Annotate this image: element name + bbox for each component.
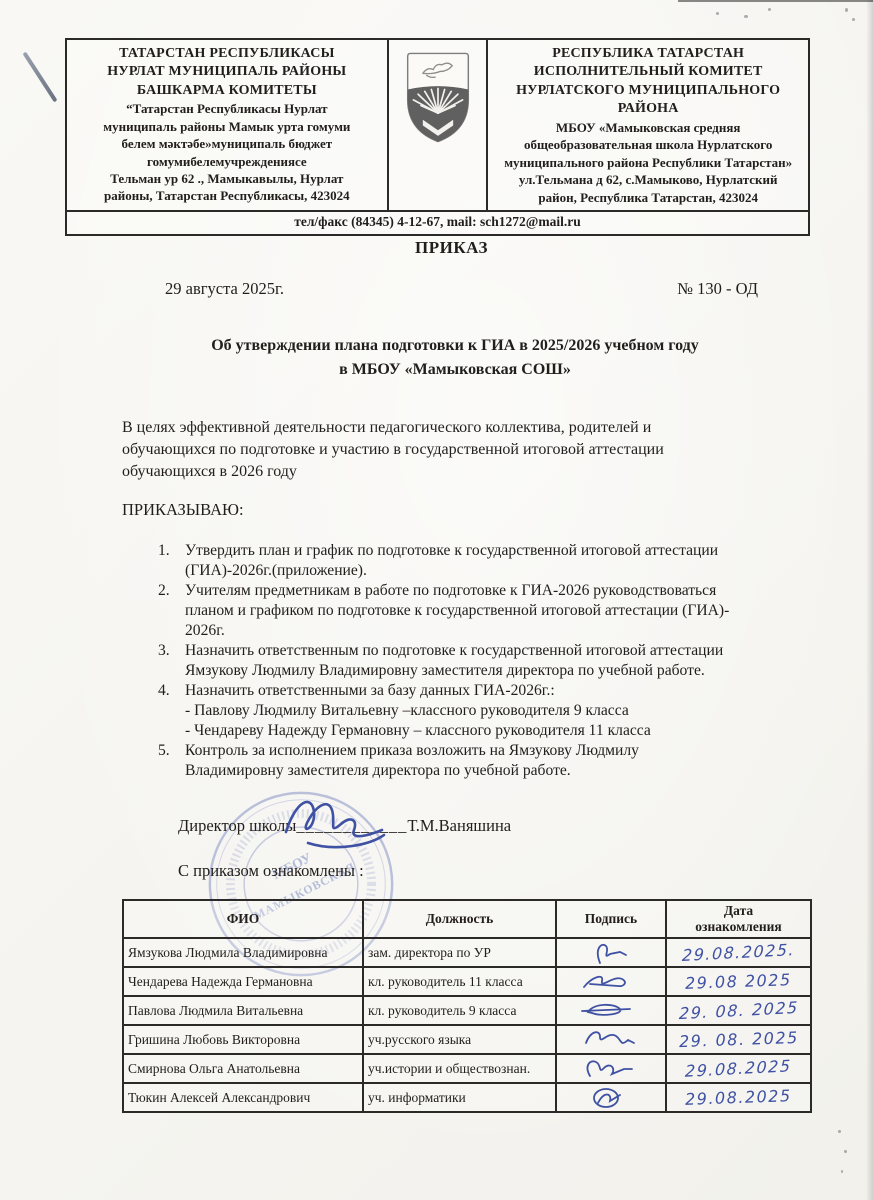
order-item-1: 1. Утвердить план и график по подготовке… bbox=[158, 541, 818, 581]
director-name: Т.М.Ваняшина bbox=[407, 816, 511, 835]
item-text: Учителям предметникам в работе по подгот… bbox=[185, 581, 818, 641]
header-date: Датаознакомления bbox=[666, 900, 811, 938]
scan-speck bbox=[844, 1150, 847, 1153]
table-row: Чендарева Надежда Германовна кл. руковод… bbox=[123, 967, 811, 996]
cell-fio: Чендарева Надежда Германовна bbox=[123, 967, 363, 996]
cell-date: 29. 08. 2025 bbox=[666, 996, 811, 1025]
acknowledged-label: С приказом ознакомлены : bbox=[178, 861, 364, 881]
cell-position: кл. руководитель 11 класса bbox=[363, 967, 556, 996]
scan-speck bbox=[841, 1170, 843, 1173]
order-item-5: 5. Контроль за исполнением приказа возло… bbox=[158, 741, 818, 781]
cell-position: зам. директора по УР bbox=[363, 938, 556, 967]
handwritten-signature bbox=[556, 1054, 666, 1083]
item-text: Назначить ответственным по подготовке к … bbox=[185, 641, 818, 681]
document-date: 29 августа 2025г. bbox=[165, 279, 284, 299]
item-number: 1. bbox=[158, 541, 185, 581]
cell-position: кл. руководитель 9 класса bbox=[363, 996, 556, 1025]
order-item-3: 3. Назначить ответственным по подготовке… bbox=[158, 641, 818, 681]
table-row: Павлова Людмила Витальевна кл. руководит… bbox=[123, 996, 811, 1025]
letterhead-russian-block: РЕСПУБЛИКА ТАТАРСТАНИСПОЛНИТЕЛЬНЫЙ КОМИТ… bbox=[488, 40, 808, 210]
document-meta: 29 августа 2025г. № 130 - ОД bbox=[165, 279, 758, 299]
org-name-russian: РЕСПУБЛИКА ТАТАРСТАНИСПОЛНИТЕЛЬНЫЙ КОМИТ… bbox=[491, 45, 805, 119]
coat-of-arms-icon bbox=[402, 49, 474, 147]
cell-date: 29.08.2025 bbox=[666, 1054, 811, 1083]
acknowledgment-table: ФИО Должность Подпись Датаознакомления Я… bbox=[122, 899, 812, 1113]
org-details-tatar: “Татарстан Республикасы Нурлатмуниципаль… bbox=[70, 100, 384, 204]
order-item-4: 4. Назначить ответственными за базу данн… bbox=[158, 681, 818, 741]
header-position: Должность bbox=[363, 900, 556, 938]
header-fio: ФИО bbox=[123, 900, 363, 938]
preamble-paragraph: В целях эффективной деятельности педагог… bbox=[122, 417, 812, 483]
scan-edge-line bbox=[678, 0, 873, 2]
page-edge-shadow bbox=[866, 0, 873, 1200]
letterhead-emblem-cell bbox=[387, 40, 489, 210]
table-header-row: ФИО Должность Подпись Датаознакомления bbox=[123, 900, 811, 938]
item-number: 3. bbox=[158, 641, 185, 681]
item-text: Утвердить план и график по подготовке к … bbox=[185, 541, 818, 581]
table-row: Гришина Любовь Викторовна уч.русского яз… bbox=[123, 1025, 811, 1054]
handwritten-signature bbox=[556, 996, 666, 1025]
handwritten-signature bbox=[556, 967, 666, 996]
decree-word: ПРИКАЗЫВАЮ: bbox=[122, 500, 244, 520]
cell-fio: Павлова Людмила Витальевна bbox=[123, 996, 363, 1025]
document-number: № 130 - ОД bbox=[677, 279, 758, 299]
item-text: Назначить ответственными за базу данных … bbox=[185, 681, 818, 741]
contact-line: тел/факс (84345) 4-12-67, mail: sch1272@… bbox=[67, 210, 808, 234]
cell-position: уч.русского языка bbox=[363, 1025, 556, 1054]
pen-scratch-mark bbox=[23, 52, 58, 103]
scan-speck bbox=[852, 18, 855, 21]
order-items-list: 1. Утвердить план и график по подготовке… bbox=[158, 541, 818, 781]
scan-speck bbox=[716, 12, 719, 15]
cell-position: уч. информатики bbox=[363, 1083, 556, 1112]
document-title: ПРИКАЗ bbox=[30, 238, 873, 258]
item-number: 5. bbox=[158, 741, 185, 781]
table-row: Смирнова Ольга Анатольевна уч.истории и … bbox=[123, 1054, 811, 1083]
cell-date: 29.08 2025 bbox=[666, 967, 811, 996]
letterhead-tatar-block: ТАТАРСТАН РЕСПУБЛИКАСЫНУРЛАТ МУНИЦИПАЛЬ … bbox=[67, 40, 387, 210]
cell-fio: Тюкин Алексей Александрович bbox=[123, 1083, 363, 1112]
director-handwritten-signature bbox=[278, 790, 403, 852]
cell-date: 29.08.2025 bbox=[666, 1083, 811, 1112]
scanned-order-document: ТАТАРСТАН РЕСПУБЛИКАСЫНУРЛАТ МУНИЦИПАЛЬ … bbox=[0, 0, 873, 1200]
cell-fio: Гришина Любовь Викторовна bbox=[123, 1025, 363, 1054]
item-number: 4. bbox=[158, 681, 185, 741]
scan-speck bbox=[744, 15, 748, 18]
table-row: Ямзукова Людмила Владимировна зам. дирек… bbox=[123, 938, 811, 967]
scan-speck bbox=[838, 1130, 841, 1133]
letterhead: ТАТАРСТАН РЕСПУБЛИКАСЫНУРЛАТ МУНИЦИПАЛЬ … bbox=[65, 38, 810, 236]
document-subject: Об утверждении плана подготовки к ГИА в … bbox=[110, 334, 800, 382]
cell-position: уч.истории и обществознан. bbox=[363, 1054, 556, 1083]
handwritten-signature bbox=[556, 1025, 666, 1054]
handwritten-signature bbox=[556, 938, 666, 967]
header-signature: Подпись bbox=[556, 900, 666, 938]
handwritten-signature bbox=[556, 1083, 666, 1112]
table-row: Тюкин Алексей Александрович уч. информат… bbox=[123, 1083, 811, 1112]
item-text: Контроль за исполнением приказа возложит… bbox=[185, 741, 818, 781]
cell-fio: Ямзукова Людмила Владимировна bbox=[123, 938, 363, 967]
cell-date: 29. 08. 2025 bbox=[666, 1025, 811, 1054]
org-name-tatar: ТАТАРСТАН РЕСПУБЛИКАСЫНУРЛАТ МУНИЦИПАЛЬ … bbox=[70, 45, 384, 100]
scan-speck bbox=[845, 8, 848, 12]
order-item-2: 2. Учителям предметникам в работе по под… bbox=[158, 581, 818, 641]
cell-date: 29.08.2025. bbox=[666, 938, 811, 967]
org-details-russian: МБОУ «Мамыковская средняяобщеобразовател… bbox=[491, 119, 805, 206]
item-number: 2. bbox=[158, 581, 185, 641]
scan-speck bbox=[768, 8, 771, 11]
cell-fio: Смирнова Ольга Анатольевна bbox=[123, 1054, 363, 1083]
